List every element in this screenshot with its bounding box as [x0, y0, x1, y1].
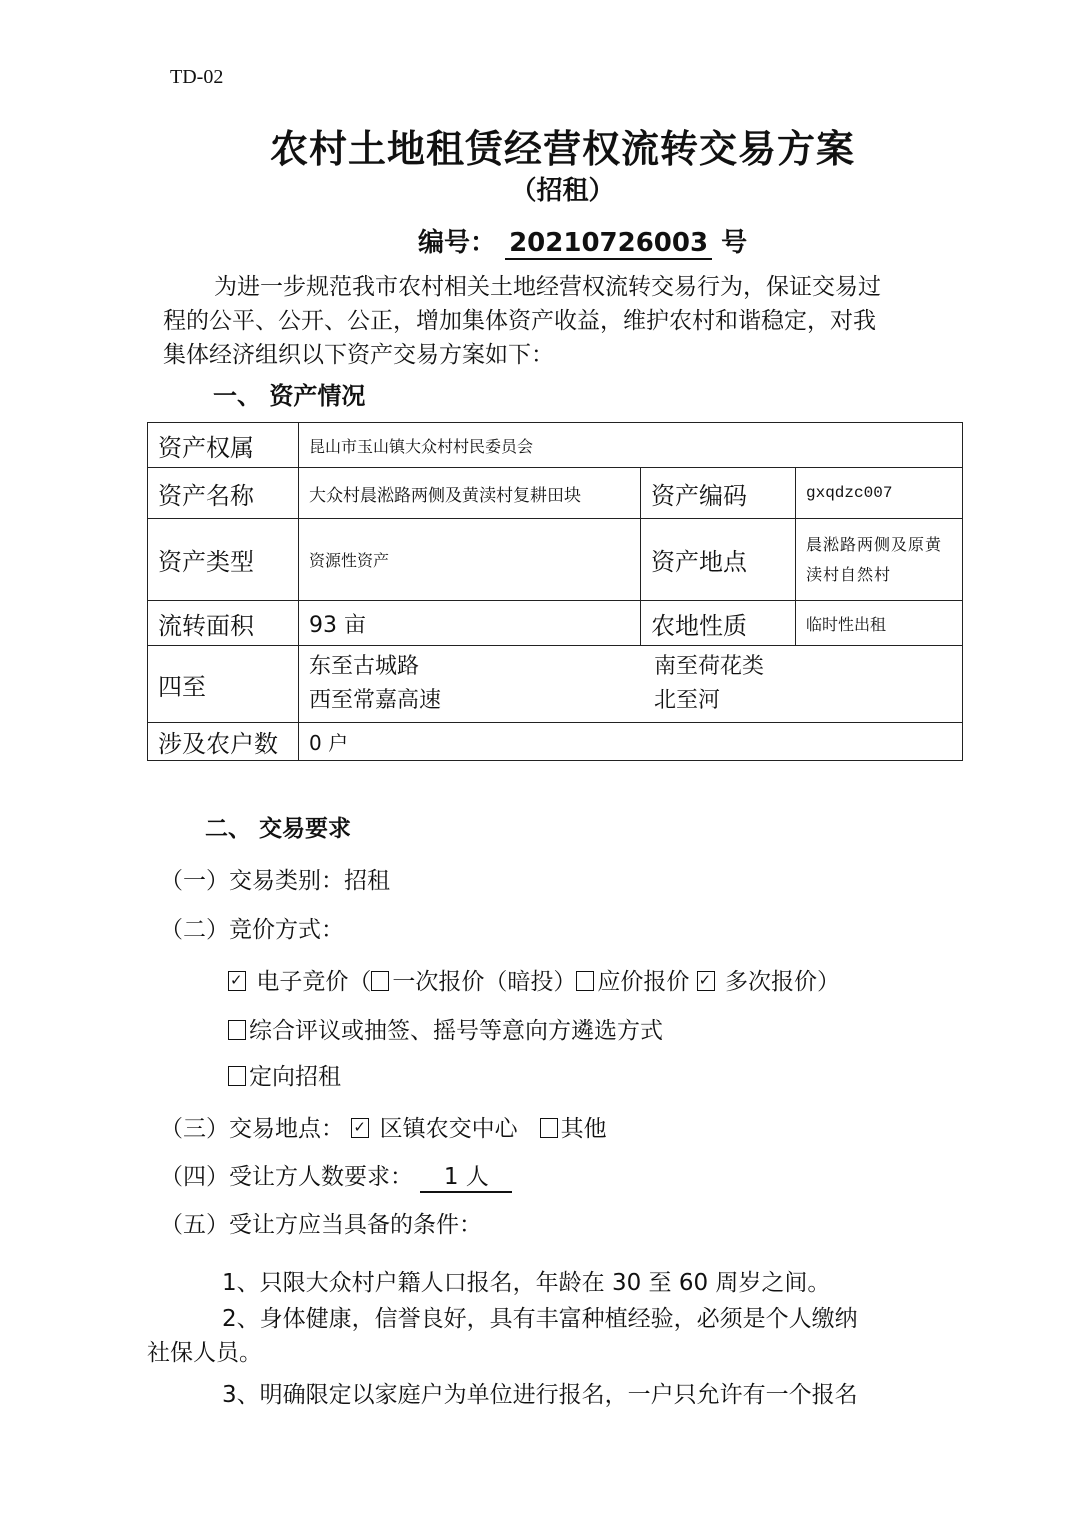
checkbox-one-time-bid-icon[interactable] — [371, 971, 389, 991]
document-number: 编号： 20210726003 号 — [418, 222, 747, 260]
table-row: 四至 东至古城路 南至荷花类 西至常嘉高速 北至河 — [148, 646, 963, 723]
owner-value: 昆山市玉山镇大众村村民委员会 — [299, 423, 963, 468]
boundary-east: 东至古城路 — [309, 650, 654, 684]
intro-line-3: 集体经济组织以下资产交易方案如下： — [163, 338, 554, 372]
location-label: 资产地点 — [641, 519, 796, 601]
intro-line-1: 为进一步规范我市农村相关土地经营权流转交易行为，保证交易过 — [214, 270, 881, 304]
boundary-south: 南至荷花类 — [654, 650, 952, 684]
conditions-label: （五）受让方应当具备的条件： — [160, 1206, 482, 1239]
boundary-value: 东至古城路 南至荷花类 西至常嘉高速 北至河 — [299, 646, 963, 723]
checkbox-comprehensive-icon[interactable] — [228, 1020, 246, 1040]
document-subtitle: （招租） — [0, 170, 1080, 207]
table-row: 资产权属 昆山市玉山镇大众村村民委员会 — [148, 423, 963, 468]
code-value: gxqdzc007 — [796, 468, 963, 519]
transaction-location-row: （三）交易地点： 区镇农交中心 其他 — [160, 1110, 607, 1143]
asset-table: 资产权属 昆山市玉山镇大众村村民委员会 资产名称 大众村晨淞路两侧及黄渎村复耕田… — [147, 422, 963, 761]
bid-option-comprehensive-row: 综合评议或抽签、摇号等意向方遴选方式 — [228, 1012, 663, 1045]
area-value: 93 亩 — [299, 601, 641, 646]
households-label: 涉及农户数 — [148, 723, 299, 761]
condition-3: 3、明确限定以家庭户为单位进行报名，一户只允许有一个报名 — [222, 1376, 858, 1409]
households-value: 0 户 — [299, 723, 963, 761]
checkbox-other-icon[interactable] — [540, 1118, 558, 1138]
owner-label: 资产权属 — [148, 423, 299, 468]
number-suffix: 号 — [721, 228, 747, 258]
boundary-west: 西至常嘉高速 — [309, 684, 654, 718]
option-electronic-bid: 电子竞价（ — [256, 969, 371, 995]
name-label: 资产名称 — [148, 468, 299, 519]
bid-method-label: （二）竞价方式： — [160, 911, 344, 944]
condition-2-line-1: 2、身体健康，信誉良好，具有丰富种植经验，必须是个人缴纳 — [222, 1300, 858, 1333]
option-response-bid: 应价报价 — [597, 969, 689, 995]
section-heading-assets: 一、 资产情况 — [213, 376, 365, 411]
type-label: 资产类型 — [148, 519, 299, 601]
transaction-type: （一）交易类别：招租 — [160, 862, 390, 895]
option-district-center: 区镇农交中心 — [380, 1116, 518, 1142]
option-directed: 定向招租 — [249, 1064, 341, 1090]
table-row: 资产名称 大众村晨淞路两侧及黄渎村复耕田块 资产编码 gxqdzc007 — [148, 468, 963, 519]
option-other: 其他 — [561, 1116, 607, 1142]
count-value: 1 人 — [420, 1158, 512, 1193]
checkbox-district-center-icon[interactable] — [351, 1118, 369, 1138]
number-label: 编号： — [418, 228, 496, 258]
option-multiple-bid: 多次报价） — [725, 969, 840, 995]
condition-2-line-2: 社保人员。 — [147, 1334, 262, 1367]
table-row: 流转面积 93 亩 农地性质 临时性出租 — [148, 601, 963, 646]
transferee-count-row: （四）受让方人数要求： 1 人 — [160, 1158, 512, 1193]
document-code: TD-02 — [170, 66, 223, 89]
intro-line-2: 程的公平、公开、公正，增加集体资产收益，维护农村和谐稳定，对我 — [163, 304, 876, 338]
number-value: 20210726003 — [505, 228, 712, 260]
section-heading-requirements: 二、 交易要求 — [205, 810, 351, 843]
location-label-text: （三）交易地点： — [160, 1116, 344, 1142]
checkbox-response-bid-icon[interactable] — [576, 971, 594, 991]
boundary-label: 四至 — [148, 646, 299, 723]
table-row: 涉及农户数 0 户 — [148, 723, 963, 761]
code-label: 资产编码 — [641, 468, 796, 519]
option-one-time-bid: 一次报价（暗投） — [392, 969, 576, 995]
checkbox-electronic-bid-icon[interactable] — [228, 971, 246, 991]
table-row: 资产类型 资源性资产 资产地点 晨淞路两侧及原黄渎村自然村 — [148, 519, 963, 601]
checkbox-directed-icon[interactable] — [228, 1066, 246, 1086]
name-value: 大众村晨淞路两侧及黄渎村复耕田块 — [299, 468, 641, 519]
type-value: 资源性资产 — [299, 519, 641, 601]
nature-value: 临时性出租 — [796, 601, 963, 646]
checkbox-multiple-bid-icon[interactable] — [697, 971, 715, 991]
document-title: 农村土地租赁经营权流转交易方案 — [0, 118, 1080, 173]
boundary-north: 北至河 — [654, 684, 952, 718]
bid-options-row: 电子竞价（一次报价（暗投）应价报价 多次报价） — [228, 963, 840, 996]
condition-1: 1、只限大众村户籍人口报名，年龄在 30 至 60 周岁之间。 — [222, 1264, 830, 1297]
count-label: （四）受让方人数要求： — [160, 1164, 413, 1190]
option-comprehensive: 综合评议或抽签、摇号等意向方遴选方式 — [249, 1018, 663, 1044]
nature-label: 农地性质 — [641, 601, 796, 646]
bid-option-directed-row: 定向招租 — [228, 1058, 341, 1091]
area-label: 流转面积 — [148, 601, 299, 646]
location-value: 晨淞路两侧及原黄渎村自然村 — [796, 519, 963, 601]
